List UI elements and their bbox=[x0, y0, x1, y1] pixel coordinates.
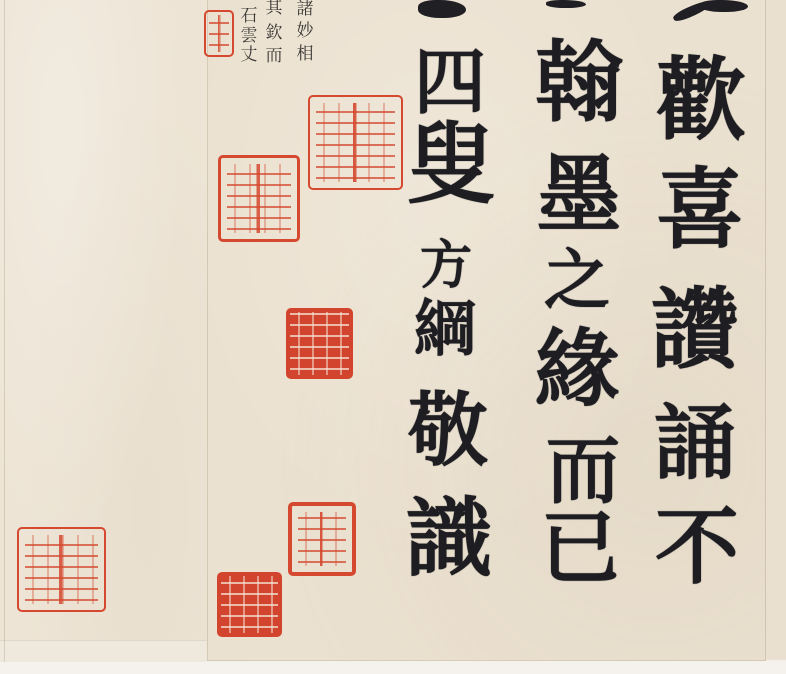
right-mount-strip bbox=[765, 0, 786, 660]
calligraphy-char: 方 bbox=[418, 240, 474, 292]
calligraphy-char: 而 bbox=[543, 434, 623, 508]
note-char: 妙 bbox=[294, 23, 316, 40]
paper-edge-line bbox=[4, 0, 5, 662]
seal-square-upper-right bbox=[308, 95, 403, 190]
calligraphy-char: 歡 bbox=[656, 55, 746, 145]
note-char: 石 bbox=[238, 8, 260, 25]
calligraphy-char: 讚 bbox=[650, 285, 740, 373]
seal-square-middle bbox=[286, 308, 353, 379]
calligraphy-char: 叟 bbox=[407, 120, 495, 208]
calligraphy-char: 翰 bbox=[534, 38, 624, 126]
note-char: 丈 bbox=[238, 47, 260, 64]
note-char: 諸 bbox=[294, 1, 316, 18]
calligraphy-char: 識 bbox=[404, 496, 494, 582]
calligraphy-char: 墨 bbox=[536, 153, 622, 237]
calligraphy-char: 敬 bbox=[405, 390, 491, 470]
note-char: 而 bbox=[263, 48, 285, 65]
calligraphy-char: 喜 bbox=[655, 165, 745, 253]
seal-square-lower-right bbox=[288, 502, 356, 576]
partial-character-fragment bbox=[418, 0, 466, 18]
partial-character-fragment bbox=[546, 0, 586, 8]
bottom-mount-strip bbox=[0, 662, 786, 674]
calligraphy-char: 不 bbox=[654, 505, 740, 589]
note-char: 雲 bbox=[238, 28, 260, 45]
calligraphy-char: 誦 bbox=[652, 402, 738, 484]
calligraphy-char: 綱 bbox=[412, 298, 478, 360]
note-char: 相 bbox=[294, 46, 316, 63]
note-char: 其 bbox=[263, 0, 285, 17]
seal-square-lower-left bbox=[217, 572, 282, 637]
seal-square-margin bbox=[17, 527, 106, 612]
calligraphy-char: 緣 bbox=[534, 327, 620, 411]
seal-small-tall-top bbox=[204, 10, 234, 57]
partial-character-fragment bbox=[700, 0, 748, 12]
calligraphy-char: 四 bbox=[410, 46, 490, 118]
calligraphy-char: 已 bbox=[538, 508, 622, 588]
note-char: 欽 bbox=[263, 25, 285, 42]
calligraphy-char: 之 bbox=[540, 247, 614, 313]
left-bottom-paper-strip bbox=[0, 640, 207, 663]
seal-square-upper-left bbox=[218, 155, 300, 242]
